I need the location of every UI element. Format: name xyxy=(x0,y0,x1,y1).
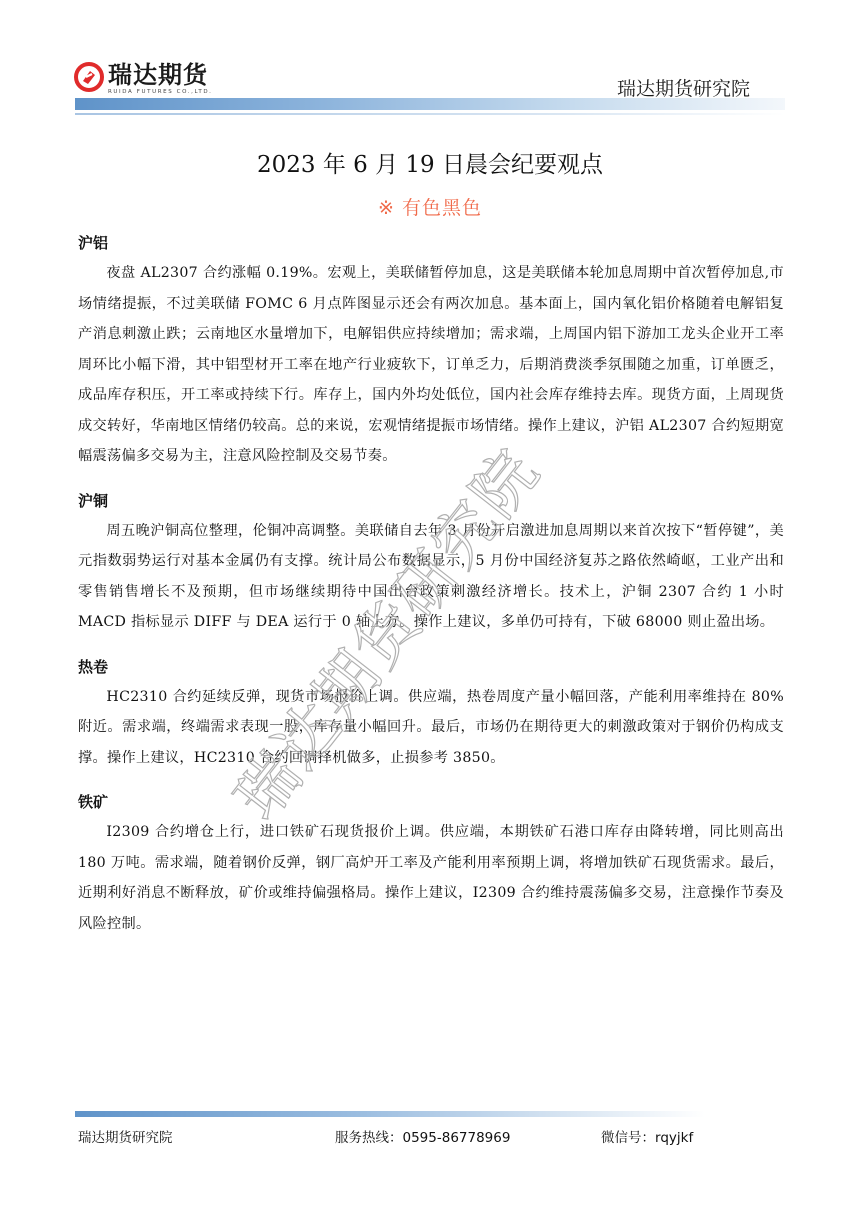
footer-gradient-bar xyxy=(75,1111,705,1117)
section-heading: 沪铝 xyxy=(78,230,784,256)
section-paragraph: 周五晚沪铜高位整理，伦铜冲高调整。美联储自去年 3 月份开启激进加息周期以来首次… xyxy=(78,516,784,638)
page-title: 2023 年 6 月 19 日晨会纪要观点 xyxy=(0,146,860,179)
section-heading: 热卷 xyxy=(78,654,784,680)
section-category-title: ※ 有色黑色 xyxy=(0,193,860,220)
footer-org-name: 瑞达期货研究院 xyxy=(78,1126,173,1146)
header-gradient-bar xyxy=(75,98,785,110)
footer-hotline: 服务热线：0595-86778969 xyxy=(335,1126,510,1146)
section-iron-ore: 铁矿 I2309 合约增仓上行，进口铁矿石现货报价上调。供应端，本期铁矿石港口库… xyxy=(78,789,784,939)
page-header: 瑞达期货 RUIDA FUTURES CO.,LTD. 瑞达期货研究院 xyxy=(0,0,860,125)
section-aluminum: 沪铝 夜盘 AL2307 合约涨幅 0.19%。宏观上，美联储暂停加息，这是美联… xyxy=(78,230,784,472)
company-logo: 瑞达期货 RUIDA FUTURES CO.,LTD. xyxy=(74,62,213,95)
section-heading: 铁矿 xyxy=(78,789,784,815)
section-heading: 沪铜 xyxy=(78,488,784,514)
report-content: 沪铝 夜盘 AL2307 合约涨幅 0.19%。宏观上，美联储暂停加息，这是美联… xyxy=(78,230,784,955)
section-copper: 沪铜 周五晚沪铜高位整理，伦铜冲高调整。美联储自去年 3 月份开启激进加息周期以… xyxy=(78,488,784,638)
section-paragraph: I2309 合约增仓上行，进口铁矿石现货报价上调。供应端，本期铁矿石港口库存由降… xyxy=(78,817,784,939)
section-paragraph: 夜盘 AL2307 合约涨幅 0.19%。宏观上，美联储暂停加息，这是美联储本轮… xyxy=(78,258,784,472)
page-footer: 瑞达期货研究院 服务热线：0595-86778969 微信号：rqyjkf xyxy=(78,1126,784,1148)
section-paragraph: HC2310 合约延续反弹，现货市场报价上调。供应端，热卷周度产量小幅回落，产能… xyxy=(78,682,784,774)
logo-english-name: RUIDA FUTURES CO.,LTD. xyxy=(108,89,213,95)
ruida-logo-icon xyxy=(74,62,104,92)
logo-chinese-name: 瑞达期货 xyxy=(108,62,213,88)
header-org-name: 瑞达期货研究院 xyxy=(617,74,750,101)
section-hot-rolled-coil: 热卷 HC2310 合约延续反弹，现货市场报价上调。供应端，热卷周度产量小幅回落… xyxy=(78,654,784,774)
footer-wechat: 微信号：rqyjkf xyxy=(601,1126,693,1146)
header-divider xyxy=(75,113,785,115)
